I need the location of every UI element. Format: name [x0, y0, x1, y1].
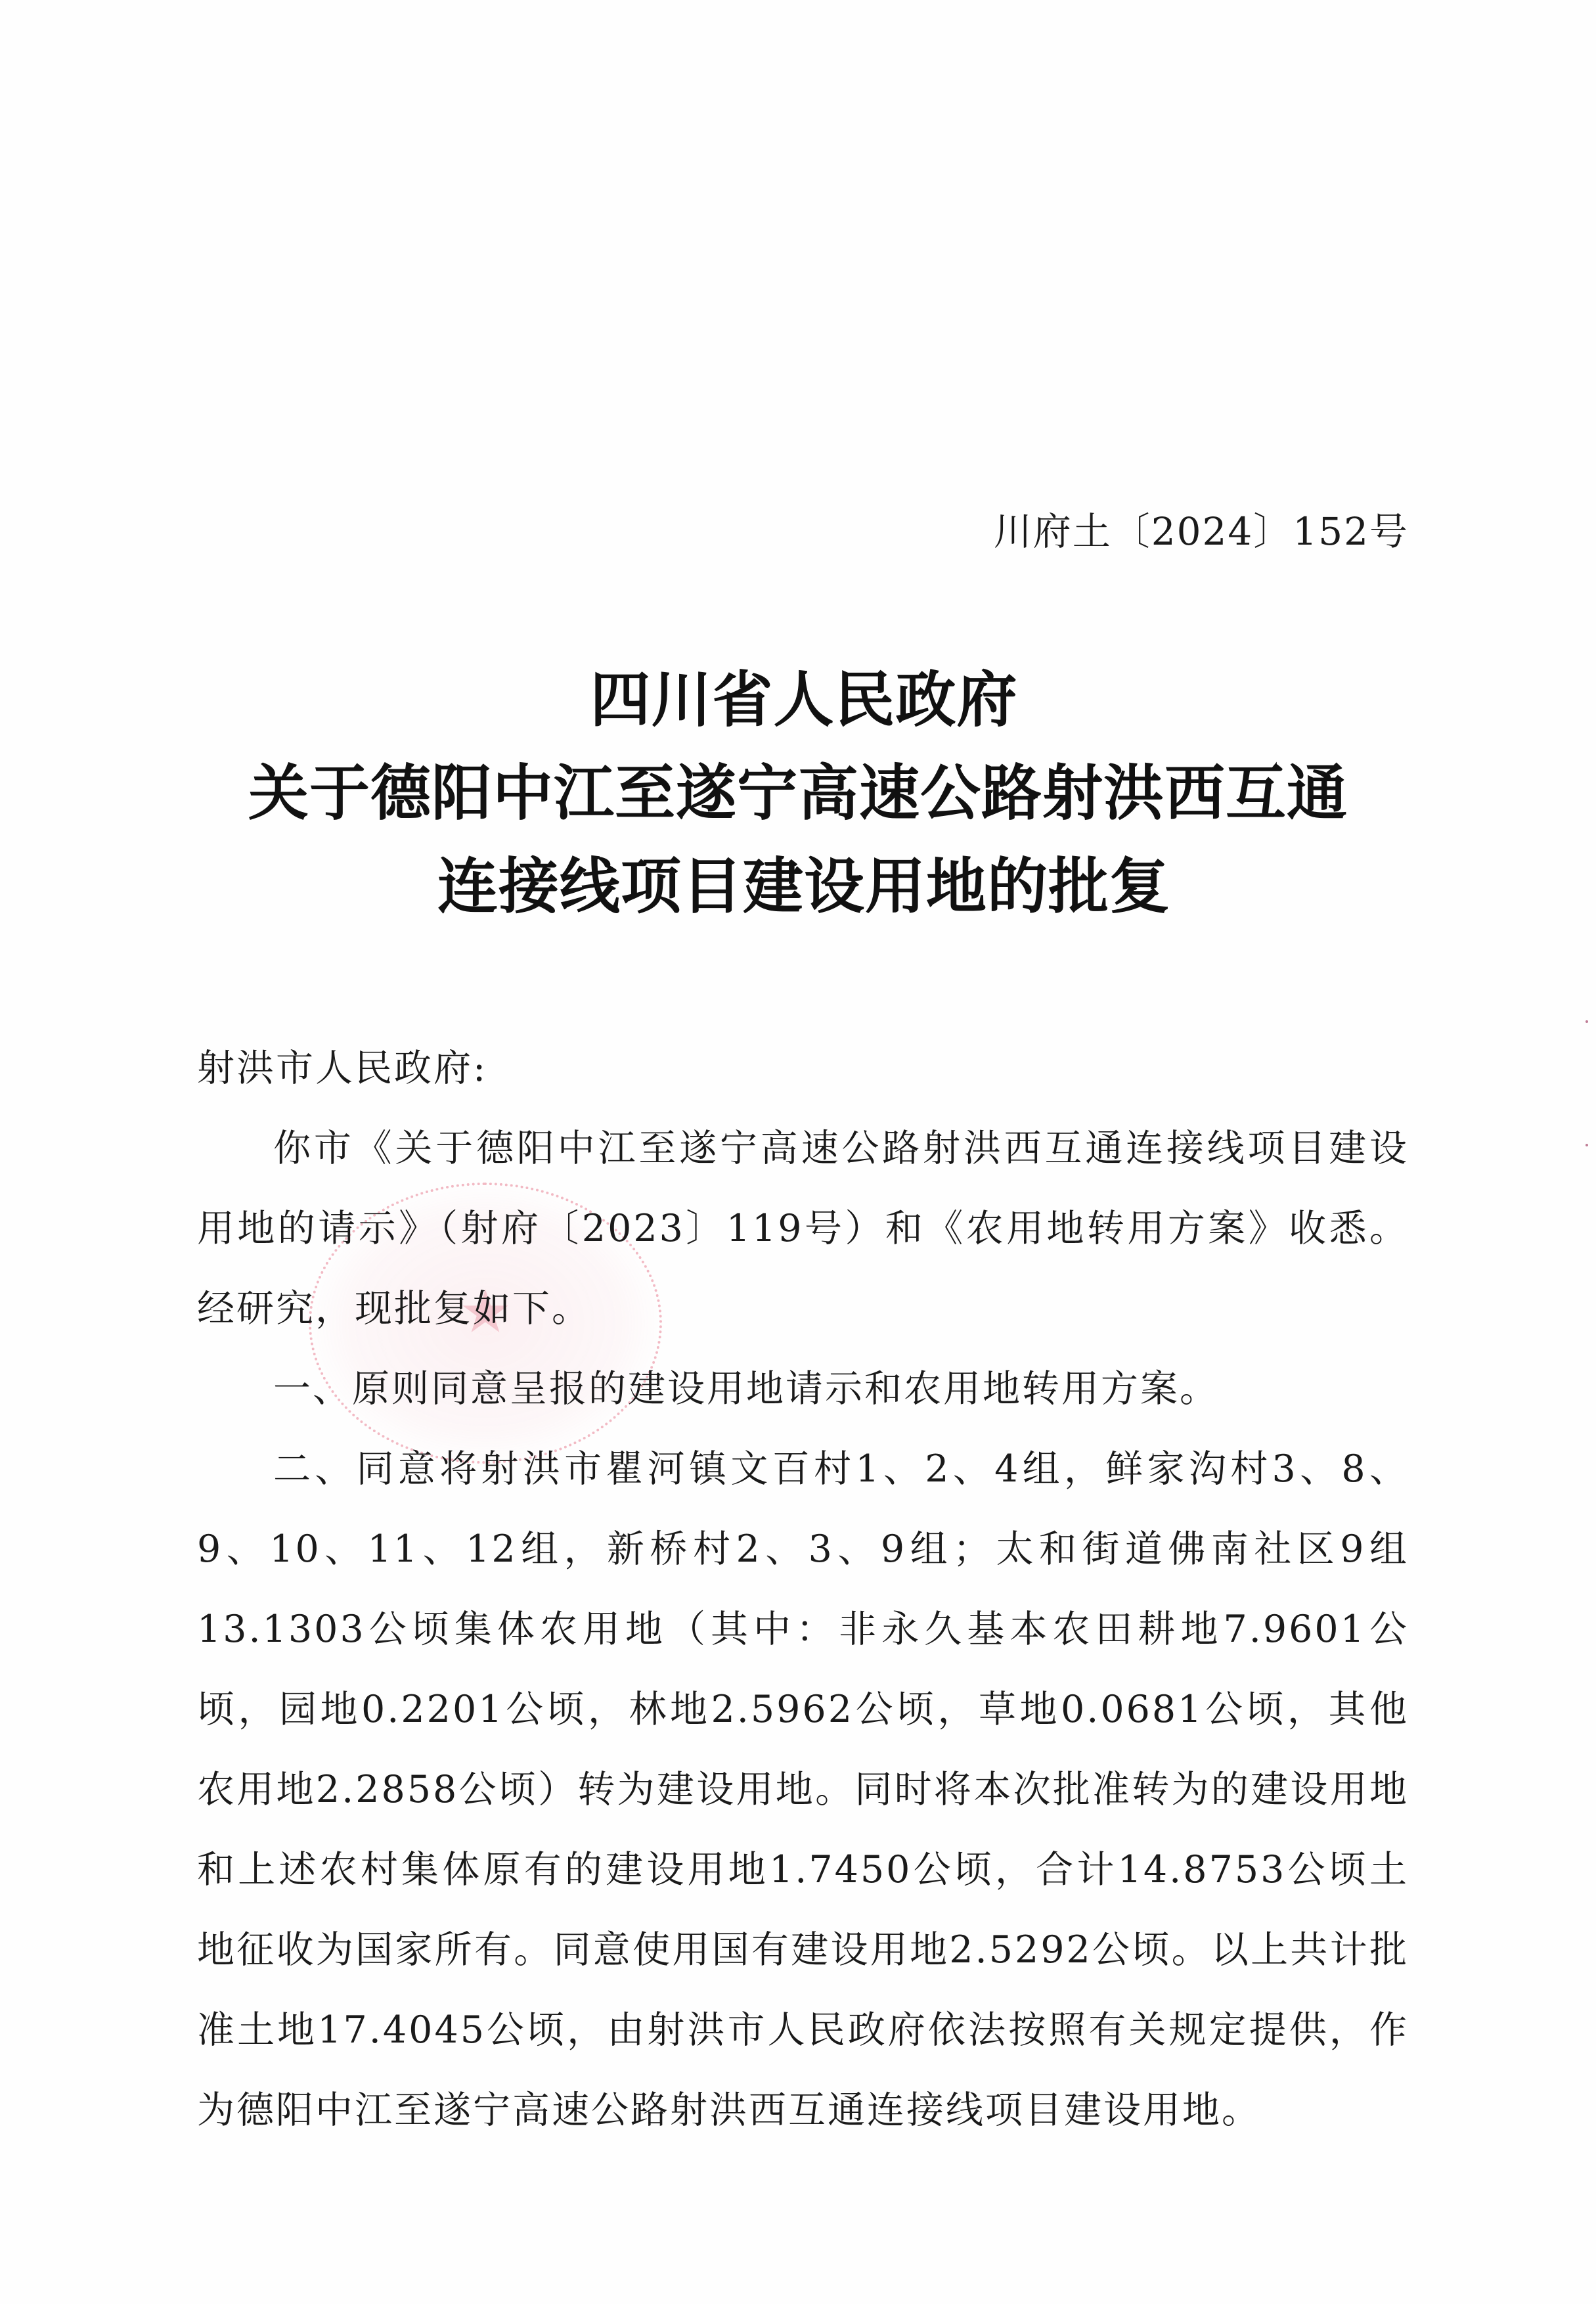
- paragraph-item-1: 一、原则同意呈报的建设用地请示和农用地转用方案。: [197, 1349, 1409, 1429]
- document-number: 川府土〔2024〕152号: [994, 501, 1409, 556]
- scan-speck: [1585, 1020, 1588, 1023]
- scan-speck: [1585, 1144, 1588, 1146]
- title-subject-line-2: 连接线项目建设用地的批复: [12, 840, 1596, 934]
- title-subject-line-1: 关于德阳中江至遂宁高速公路射洪西互通: [0, 747, 1596, 840]
- document-page: ★ 川府土〔2024〕152号 四川省人民政府 关于德阳中江至遂宁高速公路射洪西…: [0, 0, 1596, 2304]
- document-body: 射洪市人民政府: 你市《关于德阳中江至遂宁高速公路射洪西互通连接线项目建设用地的…: [197, 1028, 1409, 2150]
- document-title: 四川省人民政府 关于德阳中江至遂宁高速公路射洪西互通 连接线项目建设用地的批复: [0, 654, 1596, 934]
- paragraph-receipt: 你市《关于德阳中江至遂宁高速公路射洪西互通连接线项目建设用地的请示》（射府〔20…: [197, 1108, 1409, 1349]
- paragraph-item-2: 二、同意将射洪市瞿河镇文百村1、2、4组，鲜家沟村3、8、9、10、11、12组…: [197, 1429, 1409, 2150]
- title-issuer: 四川省人民政府: [12, 654, 1596, 747]
- salutation: 射洪市人民政府:: [197, 1028, 1409, 1108]
